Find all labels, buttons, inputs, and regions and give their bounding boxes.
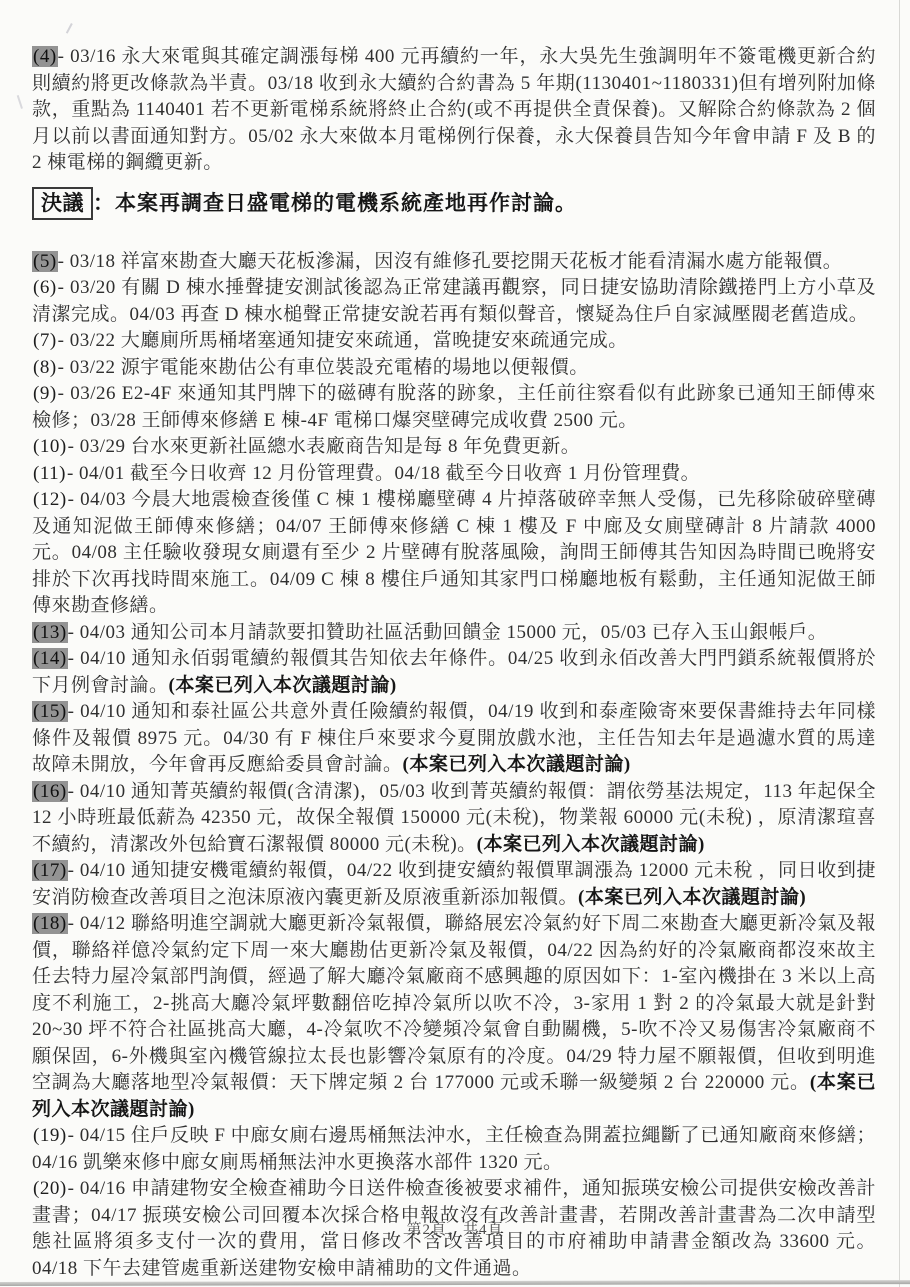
scan-artifact bbox=[10, 95, 23, 111]
item-text: 03/16 永大來電與其確定調漲每梯 400 元再續約一年，永大吳先生強調明年不… bbox=[32, 46, 876, 173]
item-text: 04/01 截至今日收齊 12 月份管理費。04/18 截至今日收齊 1 月份管… bbox=[79, 463, 700, 484]
item-dash: - bbox=[68, 648, 80, 669]
report-item: (18)- 04/12 聯絡明進空調就大廳更新冷氣報價，聯絡展宏冷氣約好下周二來… bbox=[32, 911, 876, 1123]
report-item: (19)- 04/15 住戶反映 F 中廊女廁右邊馬桶無法沖水，主任檢查為開蓋拉… bbox=[32, 1123, 876, 1176]
item-dash: - bbox=[58, 277, 70, 298]
item-text: 03/26 E2-4F 來通知其門牌下的磁磚有脫落的跡象，主任前往察看似有此跡象… bbox=[32, 383, 876, 431]
report-item: (10)- 03/29 台水來更新社區總水表廠商告知是每 8 年免費更新。 bbox=[32, 434, 876, 461]
item-number: (15) bbox=[32, 701, 68, 722]
report-item: (17)- 04/10 通知捷安機電續約報價，04/22 收到捷安續約報價單調漲… bbox=[32, 858, 876, 911]
report-item: (9)- 03/26 E2-4F 來通知其門牌下的磁磚有脫落的跡象，主任前往察看… bbox=[32, 381, 876, 434]
report-item: (13)- 04/03 通知公司本月請款要扣贊助社區活動回饋金 15000 元，… bbox=[32, 620, 876, 647]
report-item: (6)- 03/20 有關 D 棟水捶聲捷安測試後認為正常建議再觀察，同日捷安協… bbox=[32, 275, 876, 328]
item-number: (4) bbox=[32, 46, 58, 67]
item-text: 03/22 源宇電能來勘估公有車位裝設充電樁的場地以便報價。 bbox=[70, 357, 589, 378]
item-dash: - bbox=[58, 46, 70, 67]
item-number: (14) bbox=[32, 648, 68, 669]
item-text: 04/12 聯絡明進空調就大廳更新冷氣報價，聯絡展宏冷氣約好下周二來勘查大廳更新… bbox=[32, 913, 876, 1093]
item-bold-note: (本案已列入本次議題討論) bbox=[477, 834, 705, 855]
resolution-row: 決議：本案再調查日盛電梯的電機系統產地再作討論。 bbox=[32, 186, 876, 222]
item-dash: - bbox=[67, 463, 79, 484]
item-number: (11) bbox=[32, 463, 67, 484]
document-page: (4)- 03/16 永大來電與其確定調漲每梯 400 元再續約一年，永大吳先生… bbox=[0, 0, 910, 1287]
report-item: (7)- 03/22 大廳廁所馬桶堵塞通知捷安來疏通，當晚捷安來疏通完成。 bbox=[32, 328, 876, 355]
scan-artifact bbox=[66, 23, 77, 36]
resolution-label: 決議 bbox=[32, 187, 93, 220]
item-bold-note: (本案已列入本次議題討論) bbox=[403, 754, 631, 775]
report-item: (4)- 03/16 永大來電與其確定調漲每梯 400 元再續約一年，永大吳先生… bbox=[32, 44, 876, 177]
item-number: (13) bbox=[32, 622, 68, 643]
item-dash: - bbox=[68, 913, 80, 934]
item-number: (16) bbox=[32, 781, 68, 802]
item-number: (8) bbox=[32, 357, 58, 378]
item-dash: - bbox=[68, 489, 81, 510]
item-dash: - bbox=[58, 357, 70, 378]
item-text: 04/10 通知菁英續約報價(含清潔)，05/03 收到菁英續約報價：謂依勞基法… bbox=[32, 781, 876, 855]
item-text: 03/18 祥富來勘查大廳天花板滲漏，因沒有維修孔要挖開天花板才能看清漏水處方能… bbox=[70, 251, 843, 272]
report-item: (11)- 04/01 截至今日收齊 12 月份管理費。04/18 截至今日收齊… bbox=[32, 461, 876, 488]
item-dash: - bbox=[68, 781, 80, 802]
report-item: (5)- 03/18 祥富來勘查大廳天花板滲漏，因沒有維修孔要挖開天花板才能看清… bbox=[32, 249, 876, 276]
item-number: (5) bbox=[32, 251, 58, 272]
scan-edge-bottom bbox=[0, 1280, 910, 1286]
report-item: (8)- 03/22 源宇電能來勘估公有車位裝設充電樁的場地以便報價。 bbox=[32, 355, 876, 382]
item-text: 04/03 通知公司本月請款要扣贊助社區活動回饋金 15000 元，05/03 … bbox=[80, 622, 828, 643]
item-dash: - bbox=[68, 622, 80, 643]
scan-edge-right bbox=[899, 0, 900, 1287]
report-item: (16)- 04/10 通知菁英續約報價(含清潔)，05/03 收到菁英續約報價… bbox=[32, 779, 876, 859]
item-text: 03/20 有關 D 棟水捶聲捷安測試後認為正常建議再觀察，同日捷安協助清除鐵捲… bbox=[32, 277, 876, 325]
item-text: 04/03 今晨大地震檢查後僅 C 棟 1 樓梯廳壁磚 4 片掉落破碎幸無人受傷… bbox=[32, 489, 876, 616]
resolution-text: ：本案再調查日盛電梯的電機系統產地再作討論。 bbox=[93, 191, 577, 215]
report-item: (12)- 04/03 今晨大地震檢查後僅 C 棟 1 樓梯廳壁磚 4 片掉落破… bbox=[32, 487, 876, 620]
item-bold-note: (本案已列入本次議題討論) bbox=[578, 887, 806, 908]
item-text: 03/29 台水來更新社區總水表廠商告知是每 8 年免費更新。 bbox=[80, 436, 581, 457]
item-text: 04/15 住戶反映 F 中廊女廁右邊馬桶無法沖水，主任檢查為開蓋拉繩斷了已通知… bbox=[32, 1125, 876, 1173]
item-dash: - bbox=[68, 701, 80, 722]
item-number: (10) bbox=[32, 436, 68, 457]
item-number: (20) bbox=[32, 1178, 68, 1199]
item-dash: - bbox=[68, 436, 80, 457]
page-footer: 第2頁，共4頁 bbox=[0, 1218, 910, 1239]
item-number: (17) bbox=[32, 860, 68, 881]
item-dash: - bbox=[58, 251, 70, 272]
item-number: (18) bbox=[32, 913, 68, 934]
item-text: 03/22 大廳廁所馬桶堵塞通知捷安來疏通，當晚捷安來疏通完成。 bbox=[70, 330, 628, 351]
item-dash: - bbox=[68, 1178, 80, 1199]
item-number: (19) bbox=[32, 1125, 68, 1146]
item-dash: - bbox=[68, 1125, 80, 1146]
document-body: (4)- 03/16 永大來電與其確定調漲每梯 400 元再續約一年，永大吳先生… bbox=[32, 44, 876, 1282]
item-number: (12) bbox=[32, 489, 68, 510]
item-dash: - bbox=[58, 383, 71, 404]
item-number: (9) bbox=[32, 383, 58, 404]
item-dash: - bbox=[68, 860, 80, 881]
item-number: (7) bbox=[32, 330, 58, 351]
item-text: 04/10 通知永佰弱電續約報價其告知依去年條件。04/25 收到永佰改善大門門… bbox=[32, 648, 876, 696]
report-item: (14)- 04/10 通知永佰弱電續約報價其告知依去年條件。04/25 收到永… bbox=[32, 646, 876, 699]
report-item: (15)- 04/10 通知和泰社區公共意外責任險續約報價，04/19 收到和泰… bbox=[32, 699, 876, 779]
item-number: (6) bbox=[32, 277, 58, 298]
item-dash: - bbox=[58, 330, 70, 351]
item-bold-note: (本案已列入本次議題討論) bbox=[169, 675, 397, 696]
